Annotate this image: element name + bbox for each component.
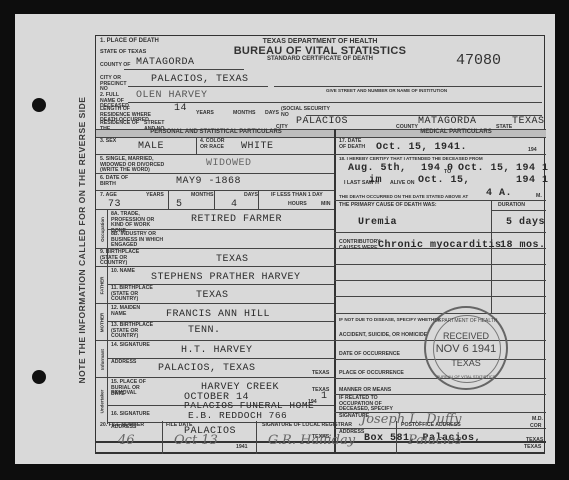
color-value: WHITE	[241, 141, 274, 152]
contributory-duration: 18 mos.	[500, 240, 546, 251]
postoffice-label: POSTOFFICE ADDRESS	[401, 423, 461, 429]
date-of-death-label: 17. DATE OF DEATH	[339, 139, 369, 150]
undertaker-section-label: Undertaker	[98, 378, 106, 424]
primary-cause-label: THE PRIMARY CAUSE OF DEATH WAS:	[339, 203, 437, 209]
registrar-signature-label: SIGNATURE OF LOCAL REGISTRAR	[262, 423, 352, 429]
marital-label: 5. SINGLE, MARRIED, WIDOWED OR DIVORCED …	[100, 157, 170, 174]
trade-value: RETIRED FARMER	[191, 214, 282, 225]
contributory-label: CONTRIBUTORY CAUSES WERE	[339, 240, 379, 251]
informant-address: PALACIOS, TEXAS	[158, 363, 256, 374]
city-value: PALACIOS, TEXAS	[151, 74, 249, 85]
dob-value: MAY9 -1868	[176, 176, 241, 187]
attended-to-year: 194 1	[516, 163, 549, 174]
stamp-date: NOV 6 1941	[426, 343, 506, 355]
father-name: STEPHENS PRATHER HARVEY	[151, 272, 301, 283]
residence-city: PALACIOS	[296, 116, 348, 127]
attended-to: Oct. 15,	[458, 163, 510, 174]
informant-section-label: Informant	[98, 341, 106, 377]
city-label: CITY OR PRECINCT NO	[100, 76, 130, 93]
informant-state: TEXAS	[312, 371, 329, 377]
father-birthplace-label: 11. BIRTHPLACE (STATE OR COUNTRY)	[111, 286, 156, 303]
registrar-row: 20. FILE NUMBER 46 FILE DATE Oct 13 1941…	[95, 421, 545, 454]
undertaker-signature: E.B. REDDOCH 766	[188, 410, 287, 421]
stamp-state: TEXAS	[426, 358, 506, 368]
industry-label: 8B. INDUSTRY OR BUSINESS IN WHICH ENGAGE…	[111, 232, 166, 249]
age-days-label: DAYS	[244, 193, 258, 199]
birthplace-value: TEXAS	[216, 254, 249, 265]
color-label: 4. COLOR OR RACE	[200, 139, 230, 150]
residence-county: MATAGORDA	[418, 116, 477, 127]
informant-address-label: ADDRESS	[111, 360, 136, 366]
primary-cause: Uremia	[358, 217, 397, 228]
county-label: COUNTY OF	[100, 63, 130, 69]
last-saw-date: Oct. 15,	[418, 175, 470, 186]
county-value: MATAGORDA	[136, 57, 195, 68]
personal-section-title: PERSONAL AND STATISTICAL PARTICULARS	[126, 130, 306, 136]
last-saw-year: 194 1	[516, 175, 549, 186]
occupation-related-label: IF RELATED TO OCCUPATION OF DECEASED, SP…	[339, 396, 409, 413]
age-label: 7. AGE	[100, 193, 117, 199]
informant-signature-label: 14. SIGNATURE	[111, 343, 150, 349]
deceased-name: OLEN HARVEY	[136, 90, 208, 101]
file-date-label: FILE DATE	[166, 423, 192, 429]
mother-birthplace: TENN.	[188, 325, 221, 336]
mother-section-label: MOTHER	[98, 304, 106, 340]
file-date-year: 1941	[236, 445, 248, 451]
dob-label: 6. DATE OF BIRTH	[100, 176, 130, 187]
occurrence-place-label: PLACE OF OCCURRENCE	[339, 371, 404, 377]
mother-birthplace-label: 13. BIRTHPLACE (STATE OR COUNTRY)	[111, 323, 156, 340]
registrar-state: TEXAS	[524, 445, 541, 451]
birthplace-label: 9. BIRTHPLACE (STATE OR COUNTRY)	[100, 250, 145, 267]
death-time-suffix: M.	[536, 194, 542, 200]
certify-label: 18. I HEREBY CERTIFY THAT I ATTENDED THE…	[339, 156, 539, 162]
medical-section-title: MEDICAL PARTICULARS	[366, 130, 546, 136]
occupation-section-label: Occupation	[98, 210, 106, 248]
certificate-number: 47080	[456, 52, 501, 69]
death-time: 4 A.	[486, 188, 512, 199]
punch-hole-bottom	[32, 370, 46, 384]
contributory-cause: Chronic myocarditis	[378, 240, 502, 251]
side-note: NOTE THE INFORMATION CALLED FOR ON THE R…	[77, 97, 87, 384]
burial-year-suffix: 1	[321, 391, 328, 402]
stamp-received: RECEIVED	[426, 331, 506, 341]
marital-value: WIDOWED	[206, 158, 252, 169]
occurrence-date-label: DATE OF OCCURRENCE	[339, 352, 400, 358]
death-year-suffix-label: 194	[528, 148, 537, 154]
attended-from: Aug. 5th,	[348, 163, 407, 174]
informant-signature: H.T. HARVEY	[181, 345, 253, 356]
hours-label: HOURS	[288, 202, 307, 208]
stamp-top-text: DEPARTMENT OF HEALTH	[426, 318, 506, 324]
years-label: YEARS	[196, 111, 214, 117]
undertaker-signature-label: 16. SIGNATURE	[111, 412, 150, 418]
age-years-label: YEARS	[146, 193, 164, 199]
father-name-label: 10. NAME	[111, 269, 135, 275]
less-than-day-label: IF LESS THAN 1 DAY	[271, 193, 323, 199]
file-number-label: 20. FILE NUMBER	[100, 423, 144, 429]
accident-label: ACCIDENT, SUICIDE, OR HOMICIDE	[339, 333, 427, 339]
min-label: MIN	[321, 202, 331, 208]
last-saw-pronoun: im	[369, 175, 382, 186]
postoffice-address: Palacios	[408, 433, 462, 448]
father-section-label: FATHER	[98, 267, 106, 303]
registrar-signature: G.R. Halliday	[268, 433, 355, 448]
months-label: MONTHS	[233, 111, 255, 117]
days-label: DAYS	[265, 111, 279, 117]
father-birthplace: TEXAS	[196, 290, 229, 301]
mother-name: FRANCIS ANN HILL	[166, 309, 270, 320]
primary-cause-duration: 5 days	[506, 217, 545, 228]
file-date: Oct 13	[174, 433, 218, 448]
death-time-label: THE DEATH OCCURRED ON THE DATE STATED AB…	[339, 194, 468, 200]
residence-years: 14	[174, 103, 187, 114]
age-months-label: MONTHS	[191, 193, 213, 199]
received-stamp: DEPARTMENT OF HEALTH RECEIVED NOV 6 1941…	[424, 306, 508, 390]
sex-value: MALE	[138, 141, 164, 152]
file-number: 46	[118, 433, 135, 448]
stamp-bottom-text: BUREAU OF VITAL STATISTICS	[426, 374, 506, 379]
sex-label: 3. SEX	[100, 139, 116, 145]
burial-date-label: DATE	[111, 392, 125, 398]
death-certificate-form: 1. PLACE OF DEATH STATE OF TEXAS TEXAS D…	[95, 35, 545, 453]
punch-hole-top	[32, 98, 46, 112]
dept-title: TEXAS DEPARTMENT OF HEALTH	[96, 38, 544, 45]
alive-on-label: ALIVE ON	[390, 181, 415, 187]
mother-name-label: 12. MAIDEN NAME	[111, 306, 141, 317]
date-of-death: Oct. 15, 1941.	[376, 142, 467, 153]
street-instruction: GIVE STREET AND NUMBER OR NAME OF INSTIT…	[326, 88, 447, 94]
residence-state: TEXAS	[512, 116, 545, 127]
manner-label: MANNER OR MEANS	[339, 388, 391, 394]
duration-label: DURATION	[498, 203, 525, 209]
